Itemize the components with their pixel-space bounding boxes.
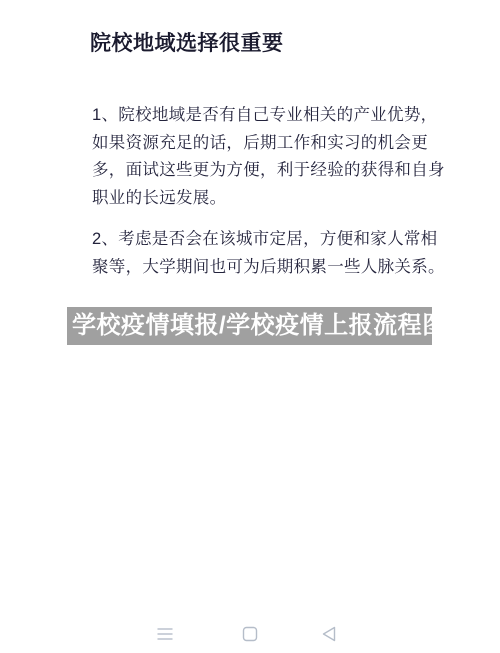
paragraph-line: 如果资源充足的话，后期工作和实习的机会更	[92, 130, 445, 158]
paragraph-line: 聚等，大学期间也可为后期积累一些人脉关系。	[92, 254, 445, 282]
back-icon	[321, 626, 337, 647]
home-button[interactable]	[239, 625, 261, 647]
paragraph-line: 多，面试这些更为方便，利于经验的获得和自身	[92, 157, 445, 185]
paragraph-settle-city: 2、考虑是否会在该城市定居，方便和家人常相 聚等，大学期间也可为后期积累一些人脉…	[92, 226, 445, 281]
page-title: 院校地域选择很重要	[90, 32, 284, 56]
android-nav-bar	[0, 620, 500, 653]
paragraph-line: 2、考虑是否会在该城市定居，方便和家人常相	[92, 226, 445, 254]
paragraph-line: 1、院校地域是否有自己专业相关的产业优势，	[92, 102, 445, 130]
back-button[interactable]	[318, 625, 340, 647]
paragraph-line: 职业的长远发展。	[92, 185, 445, 213]
home-square-icon	[242, 626, 258, 647]
promo-banner[interactable]: 学校疫情填报/学校疫情上报流程图	[67, 307, 432, 345]
paragraph-location-advantage: 1、院校地域是否有自己专业相关的产业优势， 如果资源充足的话，后期工作和实习的机…	[92, 102, 445, 212]
menu-button[interactable]	[154, 625, 176, 647]
menu-icon	[156, 626, 174, 647]
